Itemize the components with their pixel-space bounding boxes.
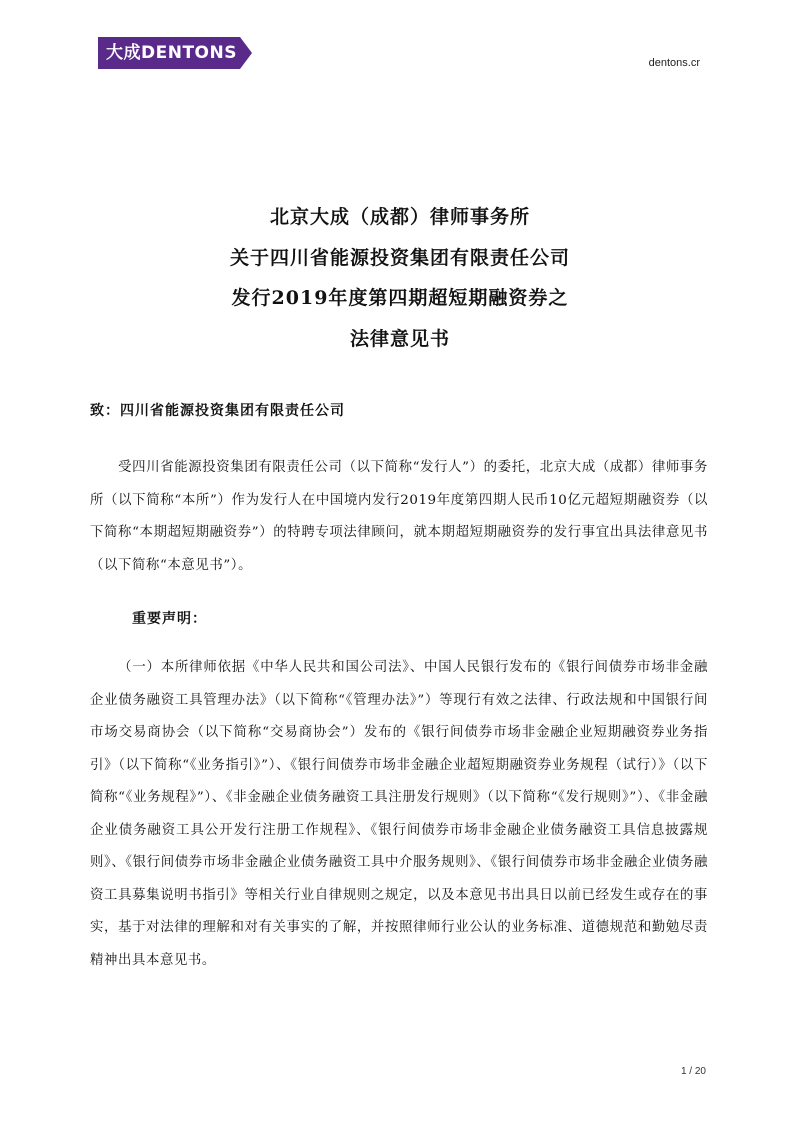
title-line-3: 发行2019年度第四期超短期融资券之	[0, 278, 800, 319]
title-line-1: 北京大成（成都）律师事务所	[0, 197, 800, 238]
dentons-logo: 大成DENTONS	[98, 37, 254, 69]
intro-paragraph: 受四川省能源投资集团有限责任公司（以下简称“发行人”）的委托，北京大成（成都）律…	[90, 452, 708, 582]
section-heading: 重要声明：	[132, 608, 207, 628]
logo-text: 大成DENTONS	[106, 37, 237, 69]
section-paragraph-1: （一）本所律师依据《中华人民共和国公司法》、中国人民银行发布的《银行间债券市场非…	[90, 652, 708, 977]
title-line-2: 关于四川省能源投资集团有限责任公司	[0, 238, 800, 279]
logo-arrow-shape	[240, 37, 252, 69]
website-label: dentons.cr	[649, 57, 700, 69]
addressee: 致：四川省能源投资集团有限责任公司	[90, 400, 345, 420]
document-title: 北京大成（成都）律师事务所 关于四川省能源投资集团有限责任公司 发行2019年度…	[0, 197, 800, 359]
page-number: 1 / 20	[681, 1066, 706, 1077]
title-line-4: 法律意见书	[0, 319, 800, 360]
